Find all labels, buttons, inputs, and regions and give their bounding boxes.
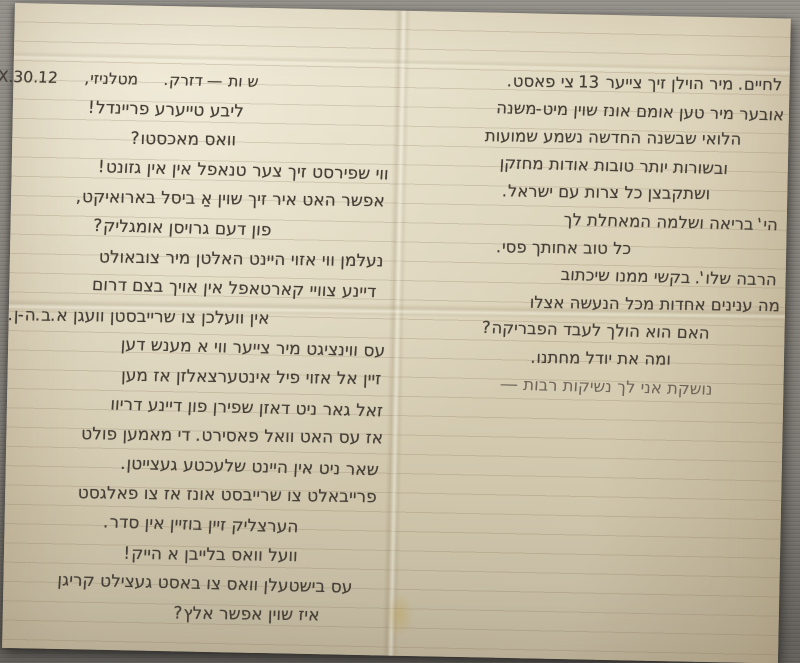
letter-paper: לחיים. מיר הוילן זיך צייער 13 צי פאסט.או… [2, 3, 791, 663]
header-place-token: ש ות — דזרק. [161, 66, 259, 98]
header-middle-token: מטלניזי, [83, 64, 139, 95]
letter-page-2-column: ש ות — דזרק. מטלניזי, 12.IX.30 ליבע טייע… [9, 63, 392, 633]
letter-page-1-column: לחיים. מיר הוילן זיך צייער 13 צי פאסט.או… [393, 65, 784, 404]
handwritten-line: איז שוין אפשר אלץ? [7, 597, 383, 632]
paper-stain [385, 593, 414, 638]
date-text: 12.IX.30 [0, 63, 60, 94]
photo-scene: { "scene": { "background": "gray woven f… [0, 0, 800, 663]
